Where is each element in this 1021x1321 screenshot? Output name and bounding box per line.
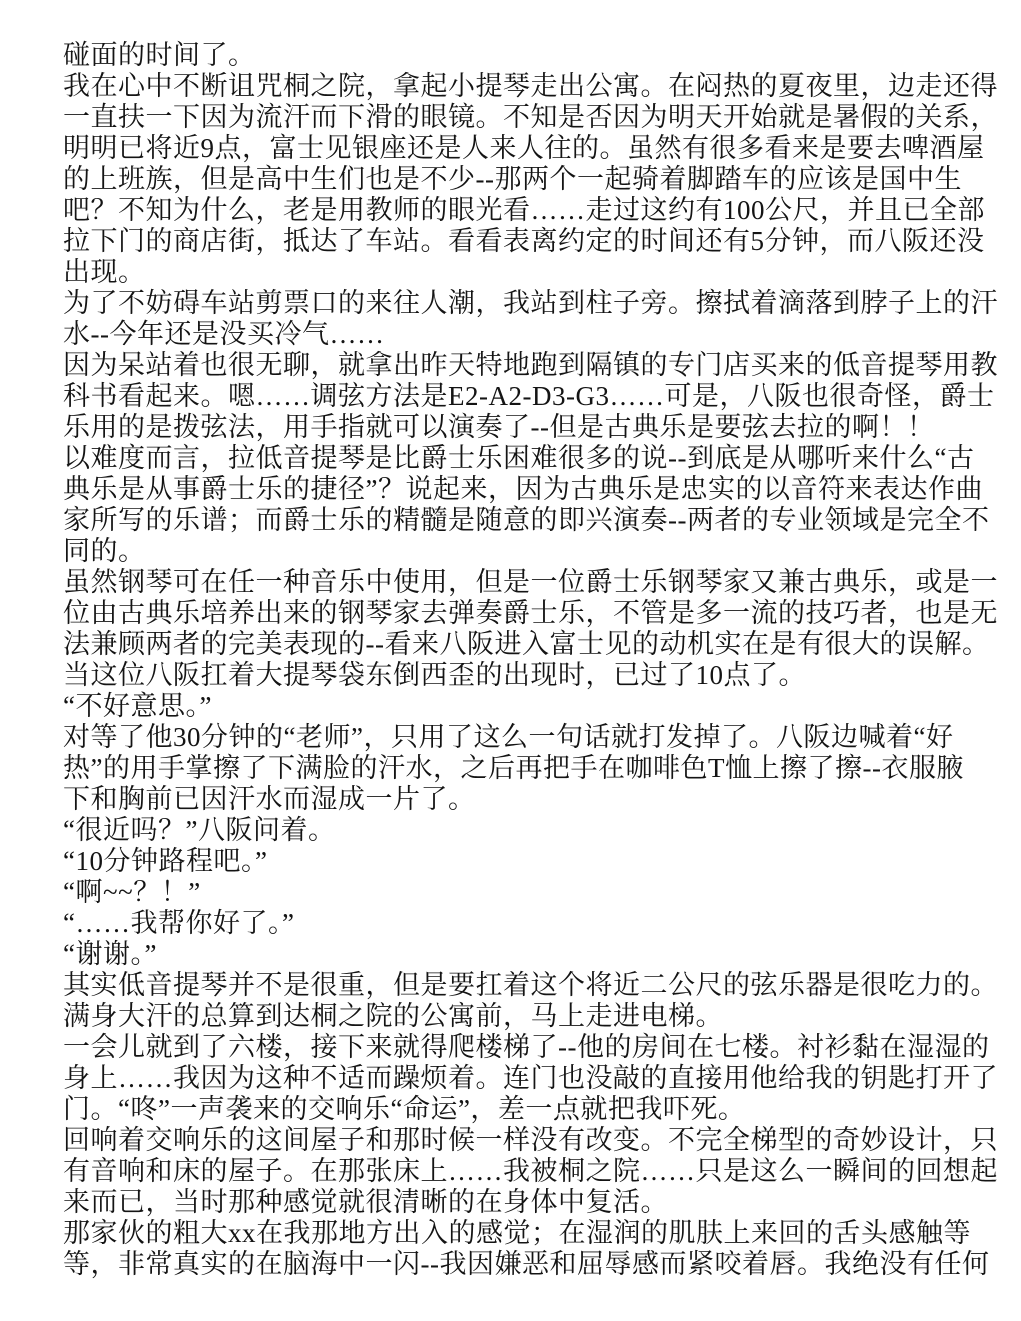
text-line: 的上班族，但是高中生们也是不少--那两个一起骑着脚踏车的应该是国中生 [63,164,963,195]
text-line: 热”的用手掌擦了下满脸的汗水，之后再把手在咖啡色T恤上擦了擦--衣服腋 [63,753,963,784]
text-line: 满身大汗的总算到达桐之院的公寓前，马上走进电梯。 [63,1001,963,1032]
text-line: 我在心中不断诅咒桐之院，拿起小提琴走出公寓。在闷热的夏夜里，边走还得 [63,71,963,102]
text-line: 有音响和床的屋子。在那张床上……我被桐之院……只是这么一瞬间的回想起 [63,1156,963,1187]
text-line: 回响着交响乐的这间屋子和那时候一样没有改变。不完全梯型的奇妙设计，只 [63,1125,963,1156]
text-line: “很近吗？”八阪问着。 [63,815,963,846]
text-line: 以难度而言，拉低音提琴是比爵士乐困难很多的说--到底是从哪听来什么“古 [63,443,963,474]
text-line: 科书看起来。嗯……调弦方法是E2-A2-D3-G3……可是，八阪也很奇怪，爵士 [63,381,963,412]
text-line: 水--今年还是没买冷气…… [63,319,963,350]
text-line: 位由古典乐培养出来的钢琴家去弹奏爵士乐，不管是多一流的技巧者，也是无 [63,598,963,629]
text-line: “啊~~？！” [63,877,963,908]
text-line: “谢谢。” [63,939,963,970]
text-line: 当这位八阪扛着大提琴袋东倒西歪的出现时，已过了10点了。 [63,660,963,691]
text-line: 因为呆站着也很无聊，就拿出昨天特地跑到隔镇的专门店买来的低音提琴用教 [63,350,963,381]
text-line: 为了不妨碍车站剪票口的来往人潮，我站到柱子旁。擦拭着滴落到脖子上的汗 [63,288,963,319]
text-line: 等，非常真实的在脑海中一闪--我因嫌恶和屈辱感而紧咬着唇。我绝没有任何 [63,1249,963,1280]
text-line: 虽然钢琴可在任一种音乐中使用，但是一位爵士乐钢琴家又兼古典乐，或是一 [63,567,963,598]
scanned-text-page: 碰面的时间了。 我在心中不断诅咒桐之院，拿起小提琴走出公寓。在闷热的夏夜里，边走… [0,0,1021,1321]
novel-text-block: 碰面的时间了。 我在心中不断诅咒桐之院，拿起小提琴走出公寓。在闷热的夏夜里，边走… [63,40,963,1280]
text-line: “10分钟路程吧。” [63,846,963,877]
text-line: 家所写的乐谱；而爵士乐的精髓是随意的即兴演奏--两者的专业领域是完全不 [63,505,963,536]
text-line: 明明已将近9点，富士见银座还是人来人往的。虽然有很多看来是要去啤酒屋 [63,133,963,164]
text-line: 那家伙的粗大xx在我那地方出入的感觉；在湿润的肌肤上来回的舌头感触等 [63,1218,963,1249]
text-line: 出现。 [63,257,963,288]
text-line: 同的。 [63,536,963,567]
text-line: 来而已，当时那种感觉就很清晰的在身体中复活。 [63,1187,963,1218]
text-line: 典乐是从事爵士乐的捷径”？说起来，因为古典乐是忠实的以音符来表达作曲 [63,474,963,505]
text-line: 下和胸前已因汗水而湿成一片了。 [63,784,963,815]
text-line: “……我帮你好了。” [63,908,963,939]
text-line: 门。“咚”一声袭来的交响乐“命运”，差一点就把我吓死。 [63,1094,963,1125]
text-line: 其实低音提琴并不是很重，但是要扛着这个将近二公尺的弦乐器是很吃力的。 [63,970,963,1001]
text-line: 拉下门的商店街，抵达了车站。看看表离约定的时间还有5分钟，而八阪还没 [63,226,963,257]
text-line: 一直扶一下因为流汗而下滑的眼镜。不知是否因为明天开始就是暑假的关系， [63,102,963,133]
text-line: 法兼顾两者的完美表现的--看来八阪进入富士见的动机实在是有很大的误解。 [63,629,963,660]
text-line: 一会儿就到了六楼，接下来就得爬楼梯了--他的房间在七楼。衬衫黏在湿湿的 [63,1032,963,1063]
text-line: 对等了他30分钟的“老师”，只用了这么一句话就打发掉了。八阪边喊着“好 [63,722,963,753]
text-line: “不好意思。” [63,691,963,722]
text-line: 吧？不知为什么，老是用教师的眼光看……走过这约有100公尺，并且已全部 [63,195,963,226]
text-line: 乐用的是拨弦法，用手指就可以演奏了--但是古典乐是要弦去拉的啊！！ [63,412,963,443]
text-line: 碰面的时间了。 [63,40,963,71]
text-line: 身上……我因为这种不适而躁烦着。连门也没敲的直接用他给我的钥匙打开了 [63,1063,963,1094]
